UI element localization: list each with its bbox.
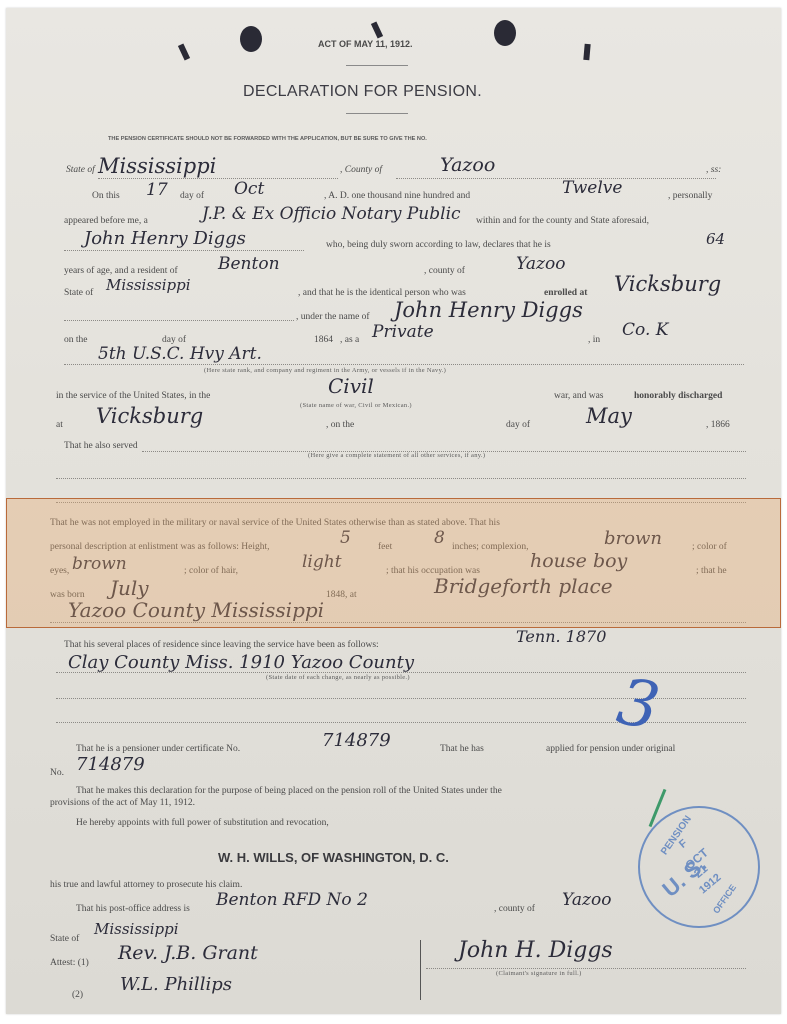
original-no-label: No. [50, 768, 64, 778]
stamp-pension-text: PENSION [659, 814, 694, 857]
claimant-name-value: John Henry Diggs [84, 228, 246, 249]
pensioner-text: That he is a pensioner under certificate… [76, 744, 240, 754]
notice-text: THE PENSION CERTIFICATE SHOULD NOT BE FO… [108, 136, 427, 142]
residences-caption: (State date of each change, as nearly as… [266, 674, 410, 681]
dotted-line [56, 478, 746, 479]
residences-value: Clay County Miss. 1910 Yazoo County [68, 652, 414, 673]
venue-county-value: Yazoo [440, 154, 495, 176]
county-of-label: , county of [424, 266, 465, 276]
discharge-month-value: May [586, 404, 632, 428]
county-label: , County of [340, 165, 382, 175]
residence-first-value: Tenn. 1870 [516, 627, 606, 646]
dotted-line [396, 178, 716, 179]
also-served-text: That he also served [64, 441, 138, 451]
has-text: That he has [440, 744, 484, 754]
state-of-label: State of [64, 288, 93, 298]
day-value: 17 [146, 180, 168, 200]
residence-value: Benton [218, 254, 280, 274]
enrolled-at-label: enrolled at [544, 288, 587, 298]
state-label: State of [66, 165, 95, 175]
postoffice-county-value: Yazoo [562, 890, 611, 910]
pension-office-stamp: PENSION F OCT 21 1912 U. S. OFFICE [638, 806, 760, 928]
attest-label: Attest: (1) [50, 958, 89, 968]
day-of-label: day of [180, 191, 204, 201]
company-value: Co. K [622, 320, 668, 340]
blue-pencil-mark: 3 [612, 665, 665, 745]
discharge-year-value: , 1866 [706, 420, 730, 430]
dotted-line [64, 250, 304, 251]
paper-tear [583, 44, 590, 60]
month-value: Oct [234, 179, 264, 199]
dotted-line [64, 320, 294, 321]
dotted-line [98, 178, 338, 179]
on-the-label: , on the [326, 420, 354, 430]
claimant-signature: John H. Diggs [458, 938, 613, 963]
claimant-signature-caption: (Claimant's signature in full.) [496, 970, 582, 977]
binder-hole [240, 26, 262, 52]
applied-text: applied for pension under original [546, 744, 675, 754]
appeared-text: appeared before me, a [64, 216, 148, 226]
binder-hole [494, 20, 516, 46]
as-a-label: , as a [340, 335, 359, 345]
on-the-label: on the [64, 335, 87, 345]
war-text: war, and was [554, 391, 603, 401]
enrolled-place-value: Vicksburg [614, 272, 721, 296]
personally-text: , personally [668, 191, 712, 201]
venue-state-value: Mississippi [98, 154, 216, 178]
appoints-text: He hereby appoints with full power of su… [76, 818, 329, 828]
honorably-discharged-text: honorably discharged [634, 391, 722, 401]
identical-text: , and that he is the identical person wh… [298, 288, 466, 298]
witness-2-label: (2) [72, 990, 83, 1000]
provisions-text: provisions of the act of May 11, 1912. [50, 798, 195, 808]
divider [346, 113, 408, 114]
declaration-text: That he makes this declaration for the p… [76, 786, 502, 796]
postoffice-state-label: State of [50, 934, 79, 944]
rank-caption: (Here state rank, and company and regime… [204, 367, 446, 374]
under-name-label: , under the name of [296, 312, 370, 322]
year-words-value: Twelve [562, 178, 622, 198]
in-service-text: in the service of the United States, in … [56, 391, 210, 401]
page-title: DECLARATION FOR PENSION. [243, 83, 482, 101]
dotted-line [426, 968, 746, 969]
ss-label: , ss: [706, 165, 721, 175]
on-this-label: On this [92, 191, 120, 201]
postoffice-state-value: Mississippi [94, 920, 179, 938]
sworn-text: who, being duly sworn according to law, … [326, 240, 551, 250]
postoffice-label: That his post-office address is [76, 904, 190, 914]
day-of-label: day of [506, 420, 530, 430]
witness-2-signature: W.L. Phillips [120, 974, 232, 995]
discharge-place-value: Vicksburg [96, 404, 203, 428]
regiment-value: 5th U.S.C. Hvy Art. [98, 344, 262, 364]
act-heading: ACT OF MAY 11, 1912. [318, 39, 413, 49]
original-number-value: 714879 [76, 754, 145, 775]
within-text: within and for the county and State afor… [476, 216, 649, 226]
dotted-line [64, 364, 744, 365]
paper-tear [178, 43, 190, 60]
residences-label: That his several places of residence sin… [64, 640, 379, 650]
postoffice-value: Benton RFD No 2 [216, 890, 368, 910]
rank-value: Private [372, 322, 434, 342]
enrolled-name-value: John Henry Diggs [394, 298, 583, 322]
ad-text: , A. D. one thousand nine hundred and [324, 191, 470, 201]
attorney-role-text: his true and lawful attorney to prosecut… [50, 880, 242, 890]
witness-1-signature: Rev. J.B. Grant [118, 942, 258, 964]
postoffice-county-label: , county of [494, 904, 535, 914]
war-value: Civil [328, 374, 374, 398]
enroll-year-value: 1864 [314, 335, 333, 345]
residence-county-value: Yazoo [516, 254, 565, 274]
years-of-age-text: years of age, and a resident of [64, 266, 178, 276]
bracket [416, 940, 421, 1000]
at-label: at [56, 420, 63, 430]
certificate-number-value: 714879 [322, 730, 391, 751]
attorney-name: W. H. WILLS, OF WASHINGTON, D. C. [218, 850, 449, 865]
in-label: , in [588, 335, 600, 345]
age-value: 64 [706, 230, 725, 248]
paper-tear [371, 21, 383, 38]
war-caption: (State name of war, Civil or Mexican.) [300, 402, 412, 409]
officer-value: J.P. & Ex Officio Notary Public [202, 204, 461, 224]
residence-state-value: Mississippi [106, 276, 191, 294]
stamp-letter: F [677, 837, 690, 851]
divider [346, 65, 408, 66]
also-served-caption: (Here give a complete statement of all o… [308, 452, 485, 459]
highlighted-description-region [6, 498, 781, 628]
